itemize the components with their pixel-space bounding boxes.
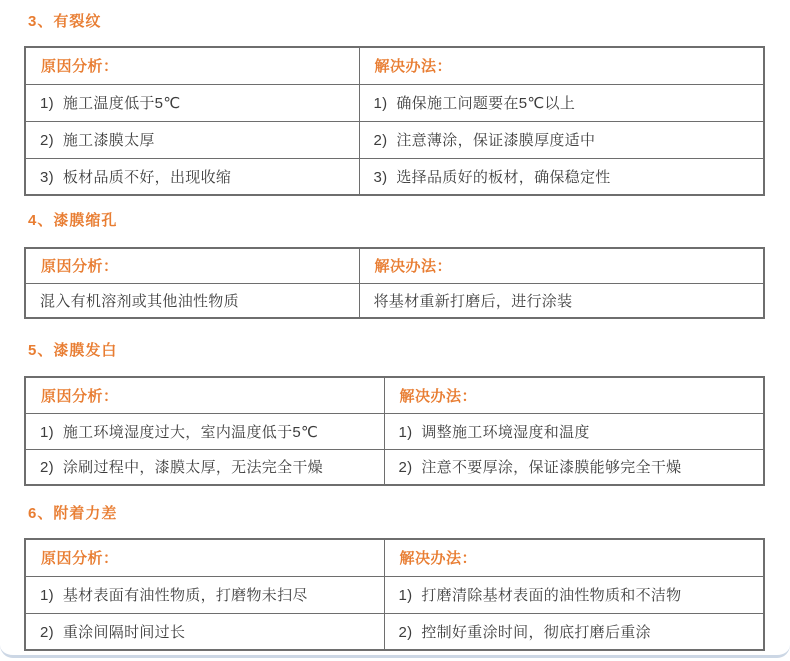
solution-header: 解决办法： (384, 539, 764, 576)
section-poor-adhesion: 6、附着力差 原因分析： 解决办法： 1) 基材表面有油性物质，打磨物未扫尽 1… (0, 504, 790, 651)
table-header-row: 原因分析： 解决办法： (25, 248, 764, 283)
article-page: 3、有裂纹 原因分析： 解决办法： 1) 施工温度低于5℃ 1) 确保施工问题要… (0, 0, 790, 661)
table-header-row: 原因分析： 解决办法： (25, 47, 764, 84)
solution-cell: 2) 注意不要厚涂，保证漆膜能够完全干燥 (384, 449, 764, 485)
section-title: 5、漆膜发白 (28, 341, 790, 361)
table-header-row: 原因分析： 解决办法： (25, 539, 764, 576)
cause-cell: 混入有机溶剂或其他油性物质 (25, 283, 359, 318)
cause-cell: 3) 板材品质不好，出现收缩 (25, 158, 359, 195)
solution-cell: 1) 打磨清除基材表面的油性物质和不洁物 (384, 576, 764, 613)
section-title: 4、漆膜缩孔 (28, 211, 790, 231)
solution-cell: 2) 注意薄涂，保证漆膜厚度适中 (359, 121, 764, 158)
cause-cell: 2) 涂刷过程中，漆膜太厚，无法完全干燥 (25, 449, 384, 485)
table-row: 1) 施工温度低于5℃ 1) 确保施工问题要在5℃以上 (25, 84, 764, 121)
cause-cell: 1) 基材表面有油性物质，打磨物未扫尽 (25, 576, 384, 613)
table-header-row: 原因分析： 解决办法： (25, 377, 764, 413)
cause-solution-table: 原因分析： 解决办法： 1) 施工环境湿度过大，室内温度低于5℃ 1) 调整施工… (24, 376, 765, 486)
section-whitening: 5、漆膜发白 原因分析： 解决办法： 1) 施工环境湿度过大，室内温度低于5℃ … (0, 341, 790, 486)
table-row: 混入有机溶剂或其他油性物质 将基材重新打磨后，进行涂装 (25, 283, 764, 318)
solution-header: 解决办法： (359, 248, 764, 283)
solution-cell: 将基材重新打磨后，进行涂装 (359, 283, 764, 318)
solution-cell: 1) 确保施工问题要在5℃以上 (359, 84, 764, 121)
section-title: 6、附着力差 (28, 504, 790, 524)
solution-header: 解决办法： (359, 47, 764, 84)
cause-solution-table: 原因分析： 解决办法： 1) 基材表面有油性物质，打磨物未扫尽 1) 打磨清除基… (24, 538, 765, 651)
cause-header: 原因分析： (25, 248, 359, 283)
cause-cell: 1) 施工环境湿度过大，室内温度低于5℃ (25, 413, 384, 449)
section-title: 3、有裂纹 (28, 12, 790, 32)
cause-solution-table: 原因分析： 解决办法： 1) 施工温度低于5℃ 1) 确保施工问题要在5℃以上 … (24, 46, 765, 196)
cause-header: 原因分析： (25, 539, 384, 576)
cause-solution-table: 原因分析： 解决办法： 混入有机溶剂或其他油性物质 将基材重新打磨后，进行涂装 (24, 247, 765, 319)
solution-cell: 3) 选择品质好的板材，确保稳定性 (359, 158, 764, 195)
cause-cell: 1) 施工温度低于5℃ (25, 84, 359, 121)
section-cracks: 3、有裂纹 原因分析： 解决办法： 1) 施工温度低于5℃ 1) 确保施工问题要… (0, 12, 790, 196)
cause-header: 原因分析： (25, 377, 384, 413)
table-row: 2) 涂刷过程中，漆膜太厚，无法完全干燥 2) 注意不要厚涂，保证漆膜能够完全干… (25, 449, 764, 485)
cause-header: 原因分析： (25, 47, 359, 84)
table-row: 3) 板材品质不好，出现收缩 3) 选择品质好的板材，确保稳定性 (25, 158, 764, 195)
solution-header: 解决办法： (384, 377, 764, 413)
solution-cell: 1) 调整施工环境湿度和温度 (384, 413, 764, 449)
table-row: 1) 基材表面有油性物质，打磨物未扫尽 1) 打磨清除基材表面的油性物质和不洁物 (25, 576, 764, 613)
section-shrink-holes: 4、漆膜缩孔 原因分析： 解决办法： 混入有机溶剂或其他油性物质 将基材重新打磨… (0, 211, 790, 319)
table-row: 1) 施工环境湿度过大，室内温度低于5℃ 1) 调整施工环境湿度和温度 (25, 413, 764, 449)
card-bottom-edge (0, 645, 790, 658)
cause-cell: 2) 施工漆膜太厚 (25, 121, 359, 158)
table-row: 2) 施工漆膜太厚 2) 注意薄涂，保证漆膜厚度适中 (25, 121, 764, 158)
